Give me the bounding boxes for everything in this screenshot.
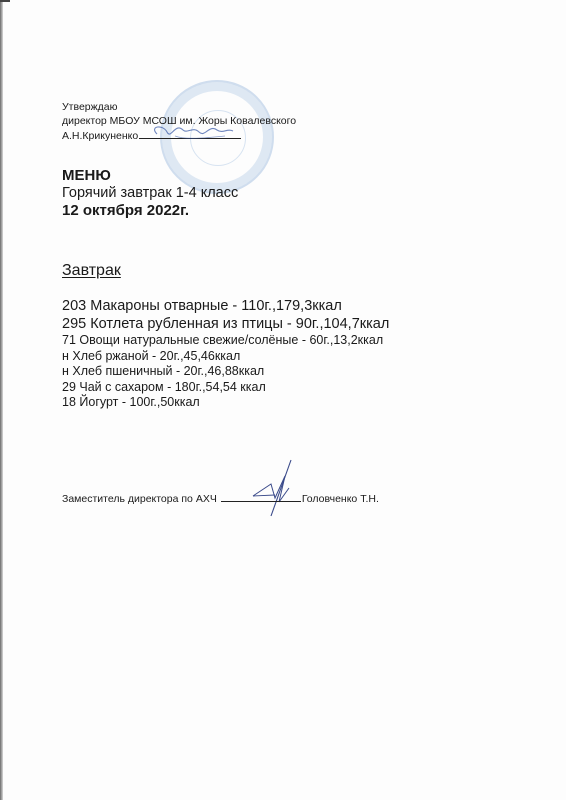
footer-position: Заместитель директора по АХЧ: [62, 493, 217, 505]
document-page: Утверждаю директор МБОУ МСОШ им. Жоры Ко…: [0, 0, 566, 800]
menu-items-list: 203 Макароны отварные - 110г.,179,3ккал …: [62, 298, 389, 411]
approval-block: Утверждаю директор МБОУ МСОШ им. Жоры Ко…: [62, 101, 296, 144]
approval-label: Утверждаю: [62, 101, 296, 115]
scan-mark: [0, 0, 10, 2]
list-item: 71 Овощи натуральные свежие/солёные - 60…: [62, 333, 389, 349]
footer-signature-block: Заместитель директора по АХЧГоловченко Т…: [62, 491, 379, 505]
list-item: 203 Макароны отварные - 110г.,179,3ккал: [62, 298, 389, 316]
signature-line: [139, 128, 241, 139]
scan-edge: [0, 0, 3, 800]
signature-line: [221, 491, 301, 502]
list-item: 295 Котлета рубленная из птицы - 90г.,10…: [62, 316, 389, 334]
menu-date: 12 октября 2022г.: [62, 202, 238, 220]
approval-signatory: А.Н.Крикуненко: [62, 128, 296, 144]
section-title: Завтрак: [62, 262, 121, 280]
list-item: н Хлеб пшеничный - 20г.,46,88ккал: [62, 364, 389, 380]
menu-header: МЕНЮ Горячий завтрак 1-4 класс 12 октябр…: [62, 167, 238, 220]
list-item: 29 Чай с сахаром - 180г.,54,54 ккал: [62, 380, 389, 396]
menu-subtitle: Горячий завтрак 1-4 класс: [62, 185, 238, 202]
list-item: 18 Йогурт - 100г.,50ккал: [62, 395, 389, 411]
approval-name: А.Н.Крикуненко: [62, 130, 138, 142]
deputy-signature-icon: [245, 458, 305, 518]
list-item: н Хлеб ржаной - 20г.,45,46ккал: [62, 349, 389, 365]
approval-position: директор МБОУ МСОШ им. Жоры Ковалевского: [62, 115, 296, 129]
footer-name: Головченко Т.Н.: [302, 493, 379, 505]
page-title: МЕНЮ: [62, 167, 238, 185]
